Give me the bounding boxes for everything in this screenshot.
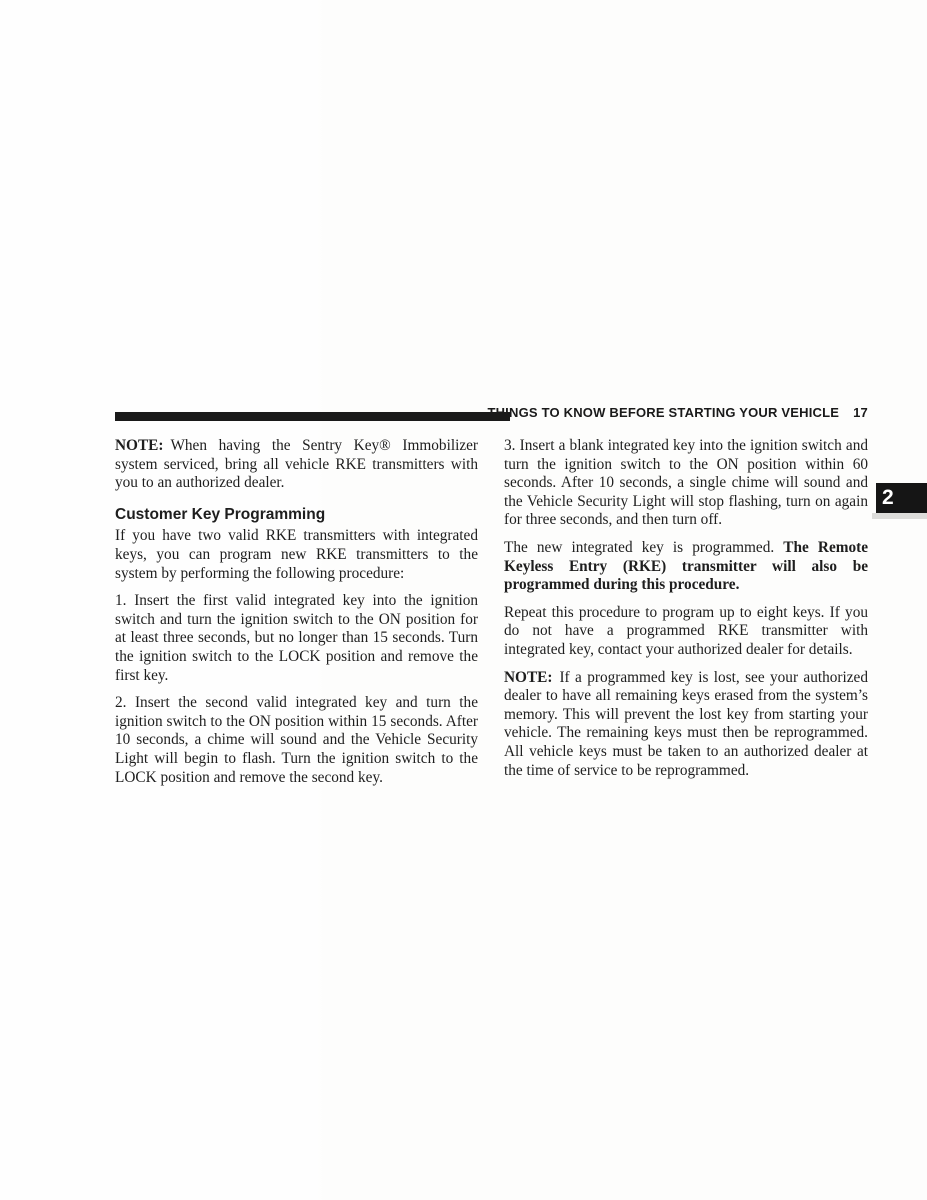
page-header: THINGS TO KNOW BEFORE STARTING YOUR VEHI… [487,405,868,420]
note-label: NOTE: [504,669,552,686]
header-title: THINGS TO KNOW BEFORE STARTING YOUR VEHI… [487,405,839,420]
intro-paragraph: If you have two valid RKE transmitters w… [115,527,478,583]
section-tab: 2 [876,483,927,513]
programmed-text: The new integrated key is programmed. [504,539,774,556]
note-paragraph: NOTE:When having the Sentry Key® Immobil… [115,437,478,493]
manual-page: THINGS TO KNOW BEFORE STARTING YOUR VEHI… [0,0,927,1200]
note-text: If a programmed key is lost, see your au… [504,669,868,779]
left-column: NOTE:When having the Sentry Key® Immobil… [115,437,478,796]
section-heading: Customer Key Programming [115,506,478,525]
programmed-paragraph: The new integrated key is programmed. Th… [504,539,868,595]
page-number: 17 [853,405,868,420]
note-label: NOTE: [115,437,163,454]
right-column: 3. Insert a blank integrated key into th… [504,437,868,789]
step-3-paragraph: 3. Insert a blank integrated key into th… [504,437,868,530]
step-2-paragraph: 2. Insert the second valid integrated ke… [115,694,478,787]
step-1-paragraph: 1. Insert the first valid integrated key… [115,592,478,685]
section-tab-label: 2 [876,486,894,510]
repeat-paragraph: Repeat this procedure to program up to e… [504,604,868,660]
note-text: When having the Sentry Key® Immobilizer … [115,437,478,491]
section-tab-shadow [872,513,927,519]
note-paragraph: NOTE:If a programmed key is lost, see yo… [504,669,868,781]
header-rule [115,412,510,421]
